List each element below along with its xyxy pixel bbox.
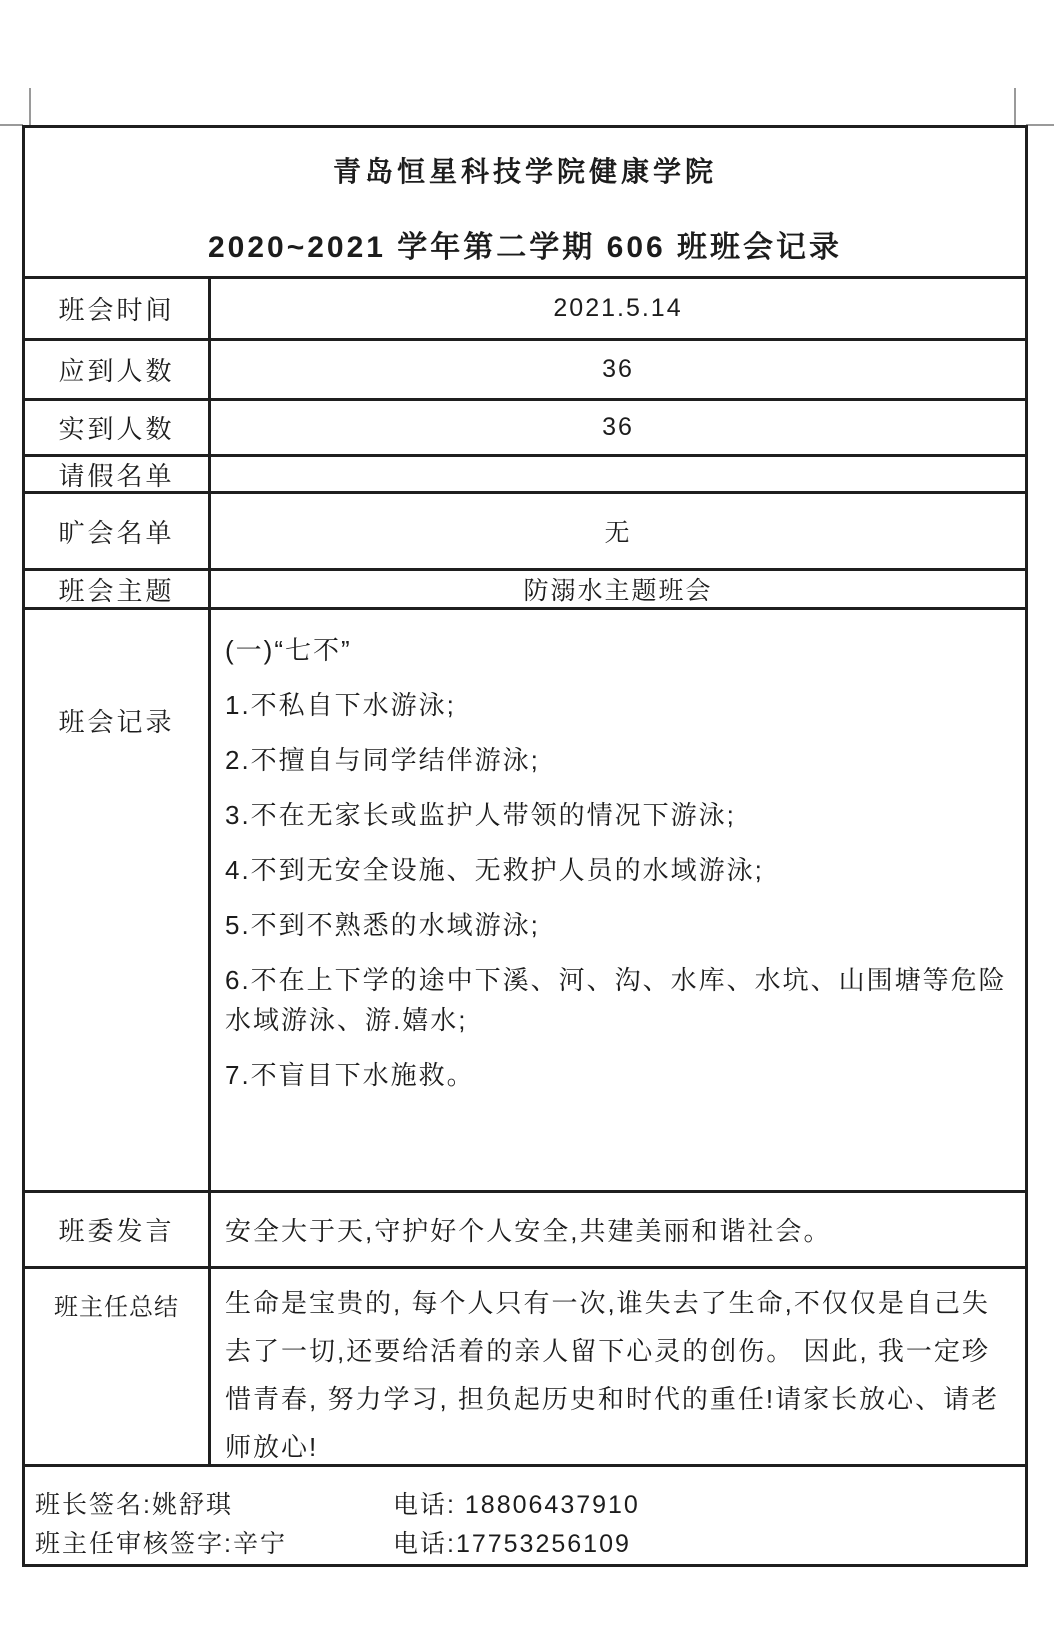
record-line: 4.不到无安全设施、无救护人员的水域游泳; xyxy=(225,850,1011,890)
table-row-expected-count: 应到人数 36 xyxy=(25,338,1025,398)
record-line: 7.不盲目下水施救。 xyxy=(225,1055,1011,1095)
committee-speech-label: 班委发言 xyxy=(25,1193,211,1266)
leave-list-label: 请假名单 xyxy=(25,457,211,491)
meeting-record-content: (一)“七不” 1.不私自下水游泳; 2.不擅自与同学结伴游泳; 3.不在无家长… xyxy=(211,610,1025,1190)
record-line: (一)“七不” xyxy=(225,630,1011,670)
table-row-actual-count: 实到人数 36 xyxy=(25,398,1025,454)
meeting-time-label: 班会时间 xyxy=(25,279,211,338)
document-title: 青岛恒星科技学院健康学院 xyxy=(25,150,1025,190)
actual-count-value: 36 xyxy=(211,401,1025,454)
monitor-signature: 班长签名:姚舒琪 xyxy=(35,1485,393,1521)
signature-section: 班长签名:姚舒琪 电话: 18806437910 班主任审核签字:辛宁 电话:1… xyxy=(25,1464,1025,1564)
meeting-topic-value: 防溺水主题班会 xyxy=(211,571,1025,607)
leave-list-value xyxy=(211,457,1025,491)
teacher-signature: 班主任审核签字:辛宁 xyxy=(35,1524,393,1560)
meeting-record-table: 青岛恒星科技学院健康学院 2020~2021 学年第二学期 606 班班会记录 … xyxy=(22,125,1028,1567)
absent-list-label: 旷会名单 xyxy=(25,494,211,568)
table-row-meeting-topic: 班会主题 防溺水主题班会 xyxy=(25,568,1025,607)
teacher-summary-label: 班主任总结 xyxy=(25,1269,211,1464)
meeting-time-value: 2021.5.14 xyxy=(211,279,1025,338)
scanned-document-page: 青岛恒星科技学院健康学院 2020~2021 学年第二学期 606 班班会记录 … xyxy=(0,0,1064,1651)
monitor-phone: 电话: 18806437910 xyxy=(393,1485,640,1521)
crop-mark-top-left-vertical xyxy=(29,88,31,126)
committee-speech-content: 安全大于天,守护好个人安全,共建美丽和谐社会。 xyxy=(211,1193,1025,1266)
record-line: 2.不擅自与同学结伴游泳; xyxy=(225,740,1011,780)
expected-count-label: 应到人数 xyxy=(25,341,211,398)
actual-count-label: 实到人数 xyxy=(25,401,211,454)
table-row-leave-list: 请假名单 xyxy=(25,454,1025,491)
meeting-topic-label: 班会主题 xyxy=(25,571,211,607)
record-line: 5.不到不熟悉的水域游泳; xyxy=(225,905,1011,945)
absent-list-value: 无 xyxy=(211,494,1025,568)
teacher-summary-content: 生命是宝贵的, 每个人只有一次,谁失去了生命,不仅仅是自己失去了一切,还要给活着… xyxy=(211,1269,1025,1464)
table-row-committee-speech: 班委发言 安全大于天,守护好个人安全,共建美丽和谐社会。 xyxy=(25,1190,1025,1266)
meeting-record-label: 班会记录 xyxy=(25,610,211,1190)
teacher-phone: 电话:17753256109 xyxy=(393,1524,631,1560)
document-subtitle: 2020~2021 学年第二学期 606 班班会记录 xyxy=(25,222,1025,266)
record-line: 6.不在上下学的途中下溪、河、沟、水库、水坑、山围塘等危险水域游泳、游.嬉水; xyxy=(225,960,1011,1040)
monitor-signature-line: 班长签名:姚舒琪 电话: 18806437910 xyxy=(35,1485,1025,1521)
crop-mark-top-right-vertical xyxy=(1014,88,1016,126)
crop-mark-top-right-horizontal xyxy=(1026,124,1054,126)
crop-mark-top-left-horizontal xyxy=(0,124,23,126)
teacher-signature-line: 班主任审核签字:辛宁 电话:17753256109 xyxy=(35,1524,1025,1560)
record-line: 3.不在无家长或监护人带领的情况下游泳; xyxy=(225,795,1011,835)
document-header: 青岛恒星科技学院健康学院 2020~2021 学年第二学期 606 班班会记录 xyxy=(25,128,1025,276)
table-row-meeting-record: 班会记录 (一)“七不” 1.不私自下水游泳; 2.不擅自与同学结伴游泳; 3.… xyxy=(25,607,1025,1190)
table-row-teacher-summary: 班主任总结 生命是宝贵的, 每个人只有一次,谁失去了生命,不仅仅是自己失去了一切… xyxy=(25,1266,1025,1464)
record-line: 1.不私自下水游泳; xyxy=(225,685,1011,725)
table-row-absent-list: 旷会名单 无 xyxy=(25,491,1025,568)
expected-count-value: 36 xyxy=(211,341,1025,398)
table-row-meeting-time: 班会时间 2021.5.14 xyxy=(25,276,1025,338)
